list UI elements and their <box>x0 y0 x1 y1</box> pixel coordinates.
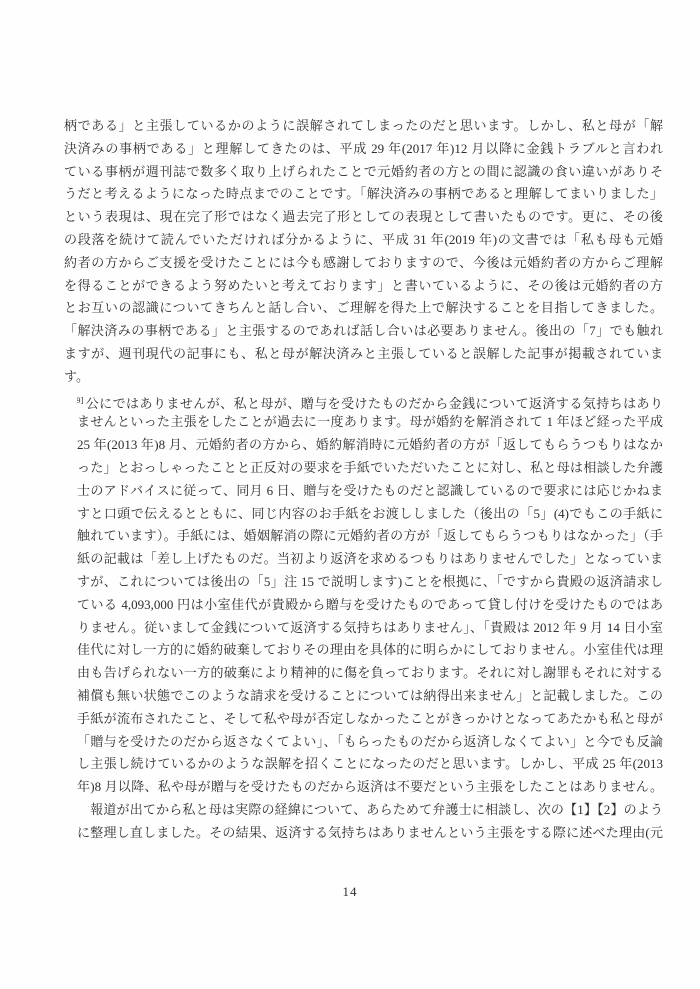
text-line: ている事柄が週刊誌で数多く取り上げられたことで元婚約者の方との間に認識の食い違い… <box>64 161 663 184</box>
text-line: の段落を続けて読んでいただければ分かるように、平成 31 年(2019 年)の文… <box>64 229 663 252</box>
text-line: った」とおっしゃったことと正反対の要求を手紙でいただいたことに対し、私と母は相談… <box>77 457 663 480</box>
text-line: 決済みの事柄である」と理解してきたのは、平成 29 年(2017 年)12 月以… <box>64 138 663 161</box>
footnote-first-text: 公にではありませんが、私と母が、贈与を受けたものだから金銭について返済する気持ち… <box>85 396 663 411</box>
text-line: すが、これについては後出の「5」注 15 で説明します)ことを根拠に、「ですから… <box>77 571 663 594</box>
text-line: 約者の方からご支援を受けたことには今も感謝しておりますので、今後は元婚約者の方か… <box>64 252 663 275</box>
text-line: 紙の記載は「差し上げたものだ。当初より返済を求めるつもりはありませんでした」とな… <box>77 548 663 571</box>
text-line: 触れています）。手紙には、婚姻解消の際に元婚約者の方が「返してもらうつもりはなか… <box>77 525 663 548</box>
text-line: りません。従いまして金銭について返済する気持ちはありません」、「貴殿は 2012… <box>77 617 663 640</box>
text-line: を得ることができるよう努めたいと考えております」と書いているように、その後は元婚… <box>64 275 663 298</box>
text-line: 柄である」と主張しているかのように誤解されてしまったのだと思います。しかし、私と… <box>64 115 663 138</box>
text-line: 「贈与を受けたのだから返さなくてよい」、「もらったものだから返済しなくてよい」と… <box>77 731 663 754</box>
page-number: 14 <box>0 884 700 900</box>
footnote-lines: ませんといった主張をしたことが過去に一度あります。母が婚約を解消されて 1 年ほ… <box>77 411 663 844</box>
text-line: 「解決済みの事柄である」と主張するのであれば話し合いは必要ありません。後出の「7… <box>64 320 663 343</box>
page-content: 柄である」と主張しているかのように誤解されてしまったのだと思います。しかし、私と… <box>64 115 663 845</box>
footnote-first-line: [注9]公にではありませんが、私と母が、贈与を受けたものだから金銭について返済す… <box>77 389 663 412</box>
text-line: とお互いの認識についてきちんと話し合い、ご理解を得た上で解決することを目指してき… <box>64 297 663 320</box>
footnote-marker: [注9] <box>77 395 83 405</box>
text-line: 25 年(2013 年)8 月、元婚約者の方から、婚約解消時に元婚約者の方が「返… <box>77 434 663 457</box>
footnote-block: [注9]公にではありませんが、私と母が、贈与を受けたものだから金銭について返済す… <box>77 389 663 845</box>
text-line: 報道が出てから私と母は実際の経緯について、あらためて弁護士に相談し、次の【1】【… <box>77 799 663 822</box>
text-line: 士のアドバイスに従って、同月 6 日、贈与を受けたものだと認識しているので要求に… <box>77 480 663 503</box>
text-line: し主張し続けているかのような誤解を招くことになったのだと思います。しかし、平成 … <box>77 753 663 776</box>
document-page: 柄である」と主張しているかのように誤解されてしまったのだと思います。しかし、私と… <box>0 0 700 989</box>
text-line: 佳代に対し一方的に婚約破棄しておりその理由を具体的に明らかにしておりません。小室… <box>77 639 663 662</box>
text-line: うだと考えるようになった時点までのことです。「解決済みの事柄であると理解してまい… <box>64 183 663 206</box>
main-paragraph: 柄である」と主張しているかのように誤解されてしまったのだと思います。しかし、私と… <box>64 115 663 389</box>
text-line: ますが、週刊現代の記事にも、私と母が解決済みと主張していると誤解した記事が掲載さ… <box>64 343 663 366</box>
text-line: 由も告げられない一方的破棄により精神的に傷を負っております。それに対し謝罪もそれ… <box>77 662 663 685</box>
text-line: ている 4,093,000 円は小室佳代が貴殿から贈与を受けたものであって貸し付… <box>77 594 663 617</box>
text-line: 補償も無い状態でこのような請求を受けることについては納得出来ません」と記載しまし… <box>77 685 663 708</box>
text-line: 手紙が流布されたこと、そして私や母が否定しなかったことがきっかけとなってあたかも… <box>77 708 663 731</box>
text-line: ませんといった主張をしたことが過去に一度あります。母が婚約を解消されて 1 年ほ… <box>77 411 663 434</box>
text-line: す。 <box>64 366 663 389</box>
text-line: という表現は、現在完了形ではなく過去完了形としての表現として書いたものです。更に… <box>64 206 663 229</box>
text-line: すと口頭で伝えるとともに、同じ内容のお手紙をお渡ししました（後出の「5」(4)で… <box>77 503 663 526</box>
text-line: 年)8 月以降、私や母が贈与を受けたものだから返済は不要だという主張をしたことは… <box>77 776 663 799</box>
text-line: に整理し直しました。その結果、返済する気持ちはありませんという主張をする際に述べ… <box>77 822 663 845</box>
